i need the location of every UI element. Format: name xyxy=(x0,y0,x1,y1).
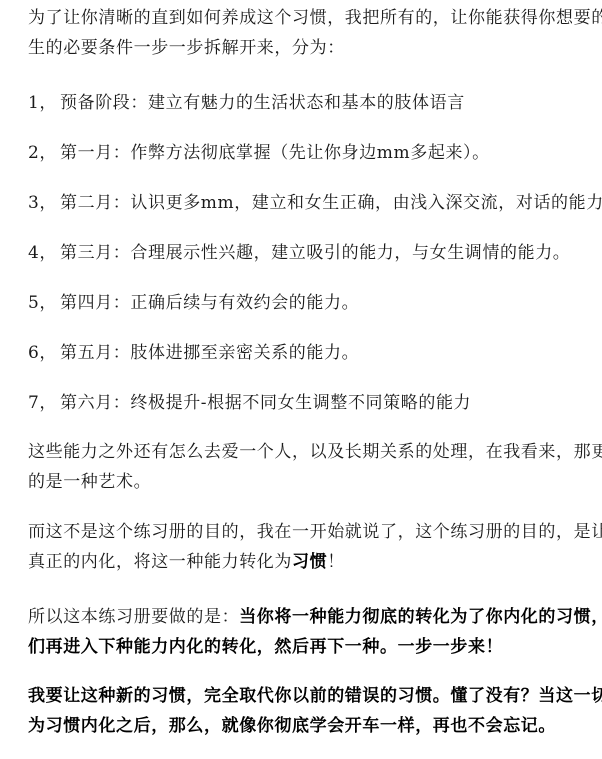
plan-emphasis: 当你将一种能力彻底的转化为了你内化的习惯，我 xyxy=(239,607,602,627)
habit-paragraph-line-1: 我要让这种新的习惯，完全取代你以前的错误的习惯。懂了没有？当这一切成 xyxy=(28,686,602,706)
purpose-paragraph-line-2: 真正的内化，将这一种能力转化为习惯！ xyxy=(28,552,345,572)
step-item-2: 2，第一月：作弊方法彻底掌握（先让你身边mm多起来）。 xyxy=(28,143,490,163)
art-paragraph-line-2: 的是一种艺术。 xyxy=(28,472,151,492)
step-item-4: 4，第三月：合理展示性兴趣，建立吸引的能力，与女生调情的能力。 xyxy=(28,243,570,263)
habit-emphasis: 习惯 xyxy=(292,552,327,572)
step-item-5: 5，第四月：正确后续与有效约会的能力。 xyxy=(28,293,359,313)
art-paragraph-line-1: 这些能力之外还有怎么去爱一个人，以及长期关系的处理，在我看来，那更多 xyxy=(28,442,602,462)
step-text: 第五月：肢体进挪至亲密关系的能力。 xyxy=(60,343,359,363)
step-number: 3， xyxy=(28,193,60,213)
purpose-text: 真正的内化，将这一种能力转化为 xyxy=(28,552,292,572)
step-text: 第四月：正确后续与有效约会的能力。 xyxy=(60,293,359,313)
step-number: 2， xyxy=(28,143,60,163)
step-number: 7， xyxy=(28,393,60,413)
step-text: 第一月：作弊方法彻底掌握（先让你身边mm多起来）。 xyxy=(60,143,490,163)
plan-paragraph-line-1: 所以这本练习册要做的是：当你将一种能力彻底的转化为了你内化的习惯，我 xyxy=(28,607,602,627)
intro-line-1: 为了让你清晰的直到如何养成这个习惯，我把所有的，让你能获得你想要的女 xyxy=(28,8,602,28)
purpose-end: ！ xyxy=(327,552,345,572)
step-text: 第二月：认识更多mm，建立和女生正确，由浅入深交流，对话的能力。 xyxy=(60,193,602,213)
step-number: 5， xyxy=(28,293,60,313)
step-item-1: 1，预备阶段：建立有魅力的生活状态和基本的肢体语言 xyxy=(28,93,465,113)
step-number: 1， xyxy=(28,93,60,113)
step-number: 4， xyxy=(28,243,60,263)
step-item-3: 3，第二月：认识更多mm，建立和女生正确，由浅入深交流，对话的能力。 xyxy=(28,193,602,213)
purpose-paragraph-line-1: 而这不是这个练习册的目的，我在一开始就说了，这个练习册的目的，是让你 xyxy=(28,522,602,542)
plan-paragraph-line-2: 们再进入下种能力内化的转化，然后再下一种。一步一步来！ xyxy=(28,637,503,657)
step-item-6: 6，第五月：肢体进挪至亲密关系的能力。 xyxy=(28,343,359,363)
habit-paragraph-line-2: 为习惯内化之后，那么，就像你彻底学会开车一样，再也不会忘记。 xyxy=(28,716,556,736)
intro-line-2: 生的必要条件一步一步拆解开来，分为： xyxy=(28,38,345,58)
step-text: 第六月：终极提升-根据不同女生调整不同策略的能力 xyxy=(60,393,471,413)
plan-intro: 所以这本练习册要做的是： xyxy=(28,607,239,627)
step-text: 第三月：合理展示性兴趣，建立吸引的能力，与女生调情的能力。 xyxy=(60,243,570,263)
step-number: 6， xyxy=(28,343,60,363)
step-text: 预备阶段：建立有魅力的生活状态和基本的肢体语言 xyxy=(60,93,465,113)
step-item-7: 7，第六月：终极提升-根据不同女生调整不同策略的能力 xyxy=(28,393,471,413)
